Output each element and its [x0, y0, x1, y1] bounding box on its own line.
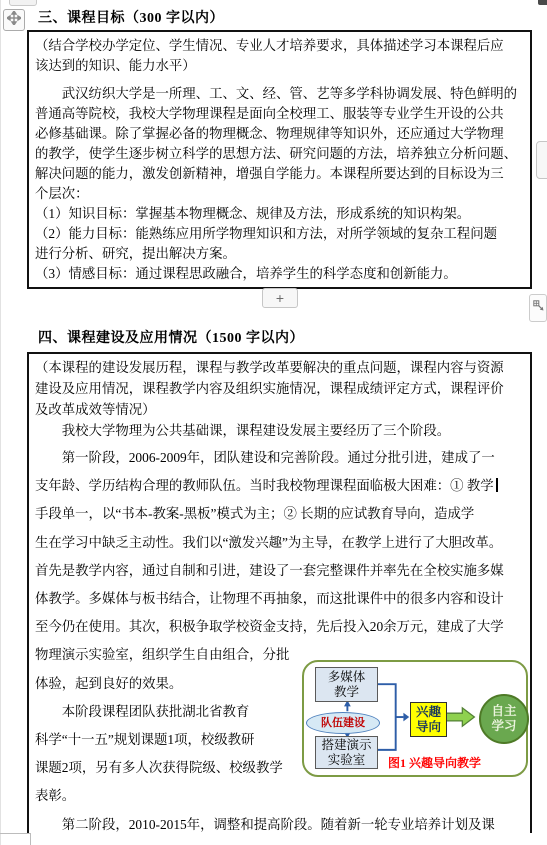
text-line: 普通高等院校，我校大学物理课程是面向全校理工、服装等专业学生开设的公共 — [35, 104, 524, 124]
side-plus-button[interactable]: + — [536, 141, 547, 179]
figure-node-team-building: 队伍建设 — [306, 712, 380, 734]
insert-row-button[interactable]: + — [262, 288, 298, 308]
text-line: 第一阶段，2006-2009年，团队建设和完善阶段。通过分批引进，建成了一 — [35, 444, 524, 472]
section3-hint-lines: （结合学校办学定位、学生情况、专业人才培养要求，具体描述学习本课程后应该达到的知… — [35, 36, 524, 76]
text-line: 进行分析、研究，提出解决方案。 — [35, 244, 524, 264]
text-cursor — [496, 478, 498, 492]
text-line: （3）情感目标：通过课程思政融合，培养学生的科学态度和创新能力。 — [35, 264, 524, 284]
section3-title: 三、课程目标（300 字以内） — [38, 7, 224, 27]
document-page: 三、课程目标（300 字以内） （结合学校办学定位、学生情况、专业人才培养要求，… — [0, 0, 547, 845]
text-line: 生在学习中缺乏主动性。我们以“激发兴趣”为主导，在教学上进行了大胆改革。 — [35, 529, 524, 557]
section4-hint-lines: （本课程的建设发展历程，课程与教学改革要解决的重点问题，课程内容与资源建设及应用… — [35, 357, 524, 420]
plus-icon: + — [276, 290, 284, 306]
interest-oriented-teaching-figure[interactable]: 多媒体 教学 队伍建设 搭建演示 实验室 兴趣 导向 自主 学习 图1 兴趣导向… — [302, 660, 528, 777]
figure-caption: 图1 兴趣导向教学 — [388, 754, 481, 771]
move-cross-icon — [7, 11, 21, 30]
section4-intro-lines: 我校大学物理为公共基础课，课程建设发展主要经历了三个阶段。 — [35, 420, 524, 441]
text-line: （结合学校办学定位、学生情况、专业人才培养要求，具体描述学习本课程后应 — [35, 36, 524, 56]
text-line: 个层次： — [35, 184, 524, 204]
text-line: 表彰。 — [35, 782, 524, 810]
page-edge-line — [0, 0, 1, 845]
figure-node-multimedia: 多媒体 教学 — [315, 667, 378, 702]
section3-content-cell[interactable]: （结合学校办学定位、学生情况、专业人才培养要求，具体描述学习本课程后应该达到的知… — [27, 30, 532, 289]
section4-title: 四、课程建设及应用情况（1500 字以内） — [38, 327, 304, 347]
text-line: 体教学。多媒体与板书结合，让物理不再抽象，而这批课件中的很多内容和设计 — [35, 585, 524, 613]
text-line: 我校大学物理为公共基础课，课程建设发展主要经历了三个阶段。 — [35, 420, 524, 441]
text-line: 支年龄、学历结构合理的教师队伍。当时我校物理课程面临极大困难：① 教学 — [35, 472, 524, 500]
table-move-handle[interactable] — [3, 9, 25, 31]
clipped-button-fragment-top-left — [9, 0, 37, 6]
text-line: 手段单一，以“书本-教案-黑板”模式为主；② 长期的应试教育导向，造成学 — [35, 500, 524, 528]
text-line: 必修基础课。除了掌握必备的物理概念、物理规律等知识外，还应通过大学物理 — [35, 124, 524, 144]
text-line: （1）知识目标：掌握基本物理概念、规律及方法，形成系统的知识构架。 — [35, 204, 524, 224]
text-line: 的教学，使学生逐步树立科学的思想方法、研究问题的方法，培养独立分析问题、 — [35, 144, 524, 164]
figure-node-interest-oriented: 兴趣 导向 — [410, 702, 447, 737]
text-line: 建设及应用情况，课程教学内容及组织实施情况，课程成绩评定方式，课程评价 — [35, 378, 524, 399]
text-line: 第二阶段，2010-2015年，调整和提高阶段。随着新一轮专业培养计划及课 — [35, 811, 524, 839]
section3-body-lines: 武汉纺织大学是一所理、工、文、经、管、艺等多学科协调发展、特色鲜明的普通高等院校… — [35, 84, 524, 284]
text-line: 首先是教学内容，通过自制和引进，建设了一套完整课件并率先在全校实施多媒 — [35, 557, 524, 585]
clipped-window-fragment-top-right — [538, 0, 547, 5]
text-boundary-mark-horizontal — [0, 833, 30, 834]
figure-node-demo-lab: 搭建演示 实验室 — [315, 736, 378, 769]
table-resize-handle[interactable] — [529, 294, 547, 322]
text-boundary-mark-vertical — [30, 833, 31, 845]
text-line: 至今仍在使用。其次，积极争取学校资金支持，先后投入20余万元，建成了大学 — [35, 613, 524, 641]
figure-node-self-learning: 自主 学习 — [479, 694, 529, 744]
text-line: （2）能力目标：能熟练应用所学物理知识和方法，对所学领域的复杂工程问题 — [35, 224, 524, 244]
table-resize-icon — [533, 298, 544, 321]
section4-stage-lines: 第一阶段，2006-2009年，团队建设和完善阶段。通过分批引进，建成了一支年龄… — [35, 444, 524, 839]
text-line: 武汉纺织大学是一所理、工、文、经、管、艺等多学科协调发展、特色鲜明的 — [35, 84, 524, 104]
text-line: 该达到的知识、能力水平） — [35, 56, 524, 76]
text-line: 及改革成效等情况） — [35, 399, 524, 420]
text-line: 解决问题的能力，激发创新精神，增强自学能力。本课程所要达到的目标设为三 — [35, 164, 524, 184]
text-line: （本课程的建设发展历程，课程与教学改革要解决的重点问题，课程内容与资源 — [35, 357, 524, 378]
